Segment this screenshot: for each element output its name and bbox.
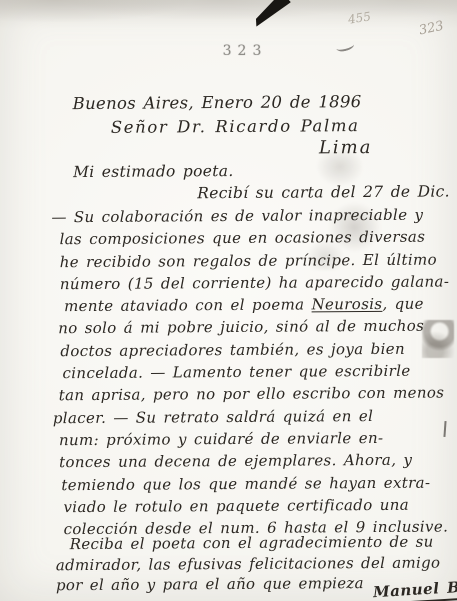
closing-line-3-text: por el año y para el año que empieza <box>56 574 364 594</box>
body-line-12: tonces una decena de ejemplares. Ahora, … <box>59 449 453 474</box>
recipient-line: Señor Dr. Ricardo Palma <box>111 116 360 137</box>
letter-body: — Su colaboración es de valor inapreciab… <box>51 203 453 540</box>
closing-line-1: Reciba el poeta con el agradecimiento de… <box>70 531 457 554</box>
salutation-line: Mi estimado poeta. <box>73 162 234 181</box>
closing-line-2: admirador, las efusivas felicitaciones d… <box>56 552 457 575</box>
poem-title-underlined: Neurosis <box>311 295 382 313</box>
body-line-8: cincelada. — Lamento tener que escribirl… <box>62 360 452 385</box>
body-line-14: viado le rotulo en paquete certificado u… <box>63 493 453 518</box>
body-line-6: no solo á mi pobre juicio, sinó al de mu… <box>58 315 452 340</box>
body-line-3: he recibido son regalos de príncipe. El … <box>60 248 452 273</box>
body-line-5-post: , que <box>382 295 424 313</box>
closing-line-3: por el año y para el año que empiezaManu… <box>56 572 457 597</box>
body-line-2: las composiciones que en ocasiones diver… <box>59 226 451 251</box>
body-line-1: — Su colaboración es de valor inapreciab… <box>51 203 451 228</box>
scanned-letter-page: 323 455 323 Buenos Aires, Enero 20 de 18… <box>0 0 457 601</box>
signature: Manuel B. Ugarte <box>372 573 457 601</box>
date-line: Buenos Aires, Enero 20 de 1896 <box>73 92 362 113</box>
body-line-9: tan aprisa, pero no por ello escribo con… <box>59 382 453 407</box>
body-line-5: mente ataviado con el poema Neurosis, qu… <box>64 293 452 318</box>
body-line-11: num: próximo y cuidaré de enviarle en- <box>59 426 453 451</box>
body-line-13: temiendo que los que mandé se hayan extr… <box>61 471 453 496</box>
body-line-4: número (15 del corriente) ha aparecido g… <box>60 270 452 295</box>
letter-closing: Reciba el poeta con el agradecimiento de… <box>54 531 457 597</box>
body-line-5-pre: mente ataviado con el poema <box>64 296 312 316</box>
body-line-10: placer. — Su retrato saldrá quizá en el <box>53 404 453 429</box>
city-line: Lima <box>319 137 373 158</box>
opening-line: Recibí su carta del 27 de Dic. <box>197 182 450 202</box>
body-line-7: doctos apreciadores también, es joya bie… <box>60 337 452 362</box>
handwritten-letter: Buenos Aires, Enero 20 de 1896 Señor Dr.… <box>0 0 457 601</box>
